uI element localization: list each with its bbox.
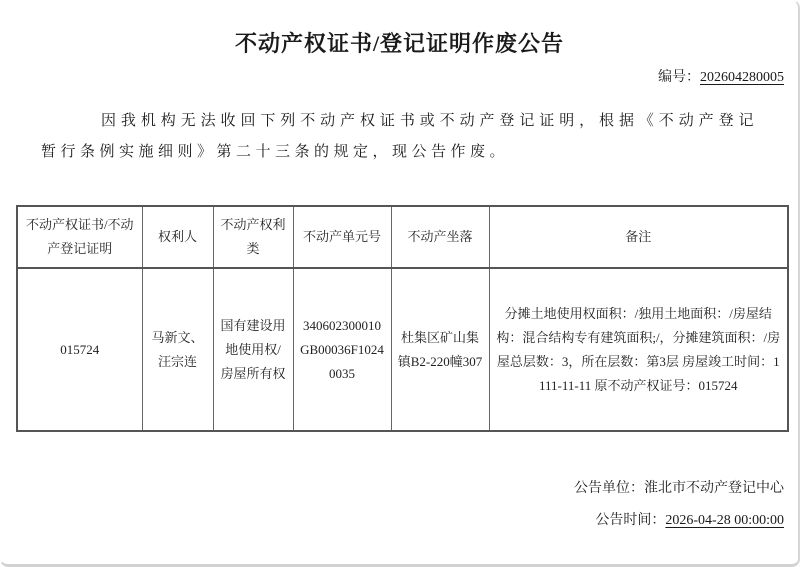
cell-cert-no: 015724 <box>17 268 142 431</box>
footer-unit-line: 公告单位：淮北市不动产登记中心 <box>1 473 784 505</box>
header-remark: 备注 <box>489 206 788 268</box>
cell-right-type: 国有建设用地使用权/房屋所有权 <box>213 268 293 431</box>
announcement-page: 不动产权证书/登记证明作废公告 编号：202604280005 因我机构无法收回… <box>0 0 800 567</box>
table-row: 015724 马新文、汪宗连 国有建设用地使用权/房屋所有权 340602300… <box>17 268 788 431</box>
footer-time-value: 2026-04-28 00:00:00 <box>665 513 784 528</box>
page-title: 不动产权证书/登记证明作废公告 <box>1 27 798 58</box>
cell-holder: 马新文、汪宗连 <box>142 268 213 431</box>
doc-number-value: 202604280005 <box>700 70 784 85</box>
table-header-row: 不动产权证书/不动产登记证明 权利人 不动产权利类 不动产单元号 不动产坐落 备… <box>17 206 788 268</box>
footer-unit-value: 淮北市不动产登记中心 <box>644 481 784 496</box>
footer-unit-label: 公告单位： <box>574 481 644 496</box>
header-cert-no: 不动产权证书/不动产登记证明 <box>17 206 142 268</box>
certificate-table: 不动产权证书/不动产登记证明 权利人 不动产权利类 不动产单元号 不动产坐落 备… <box>16 205 789 432</box>
cell-remark: 分摊土地使用权面积：/独用土地面积：/房屋结构：混合结构专有建筑面积;/，分摊建… <box>489 268 788 431</box>
header-unit-no: 不动产单元号 <box>293 206 391 268</box>
doc-number-line: 编号：202604280005 <box>1 66 798 86</box>
footer-time-label: 公告时间： <box>595 513 665 528</box>
cell-location: 杜集区矿山集镇B2-220幢307 <box>391 268 489 431</box>
footer: 公告单位：淮北市不动产登记中心 公告时间：2026-04-28 00:00:00 <box>1 473 798 537</box>
header-right-type: 不动产权利类 <box>213 206 293 268</box>
cell-unit-no: 340602300010GB00036F10240035 <box>293 268 391 431</box>
doc-number-label: 编号： <box>658 70 700 85</box>
footer-time-line: 公告时间：2026-04-28 00:00:00 <box>1 505 784 537</box>
intro-paragraph: 因我机构无法收回下列不动产权证书或不动产登记证明，根据《不动产登记暂行条例实施细… <box>41 106 758 168</box>
header-location: 不动产坐落 <box>391 206 489 268</box>
header-holder: 权利人 <box>142 206 213 268</box>
